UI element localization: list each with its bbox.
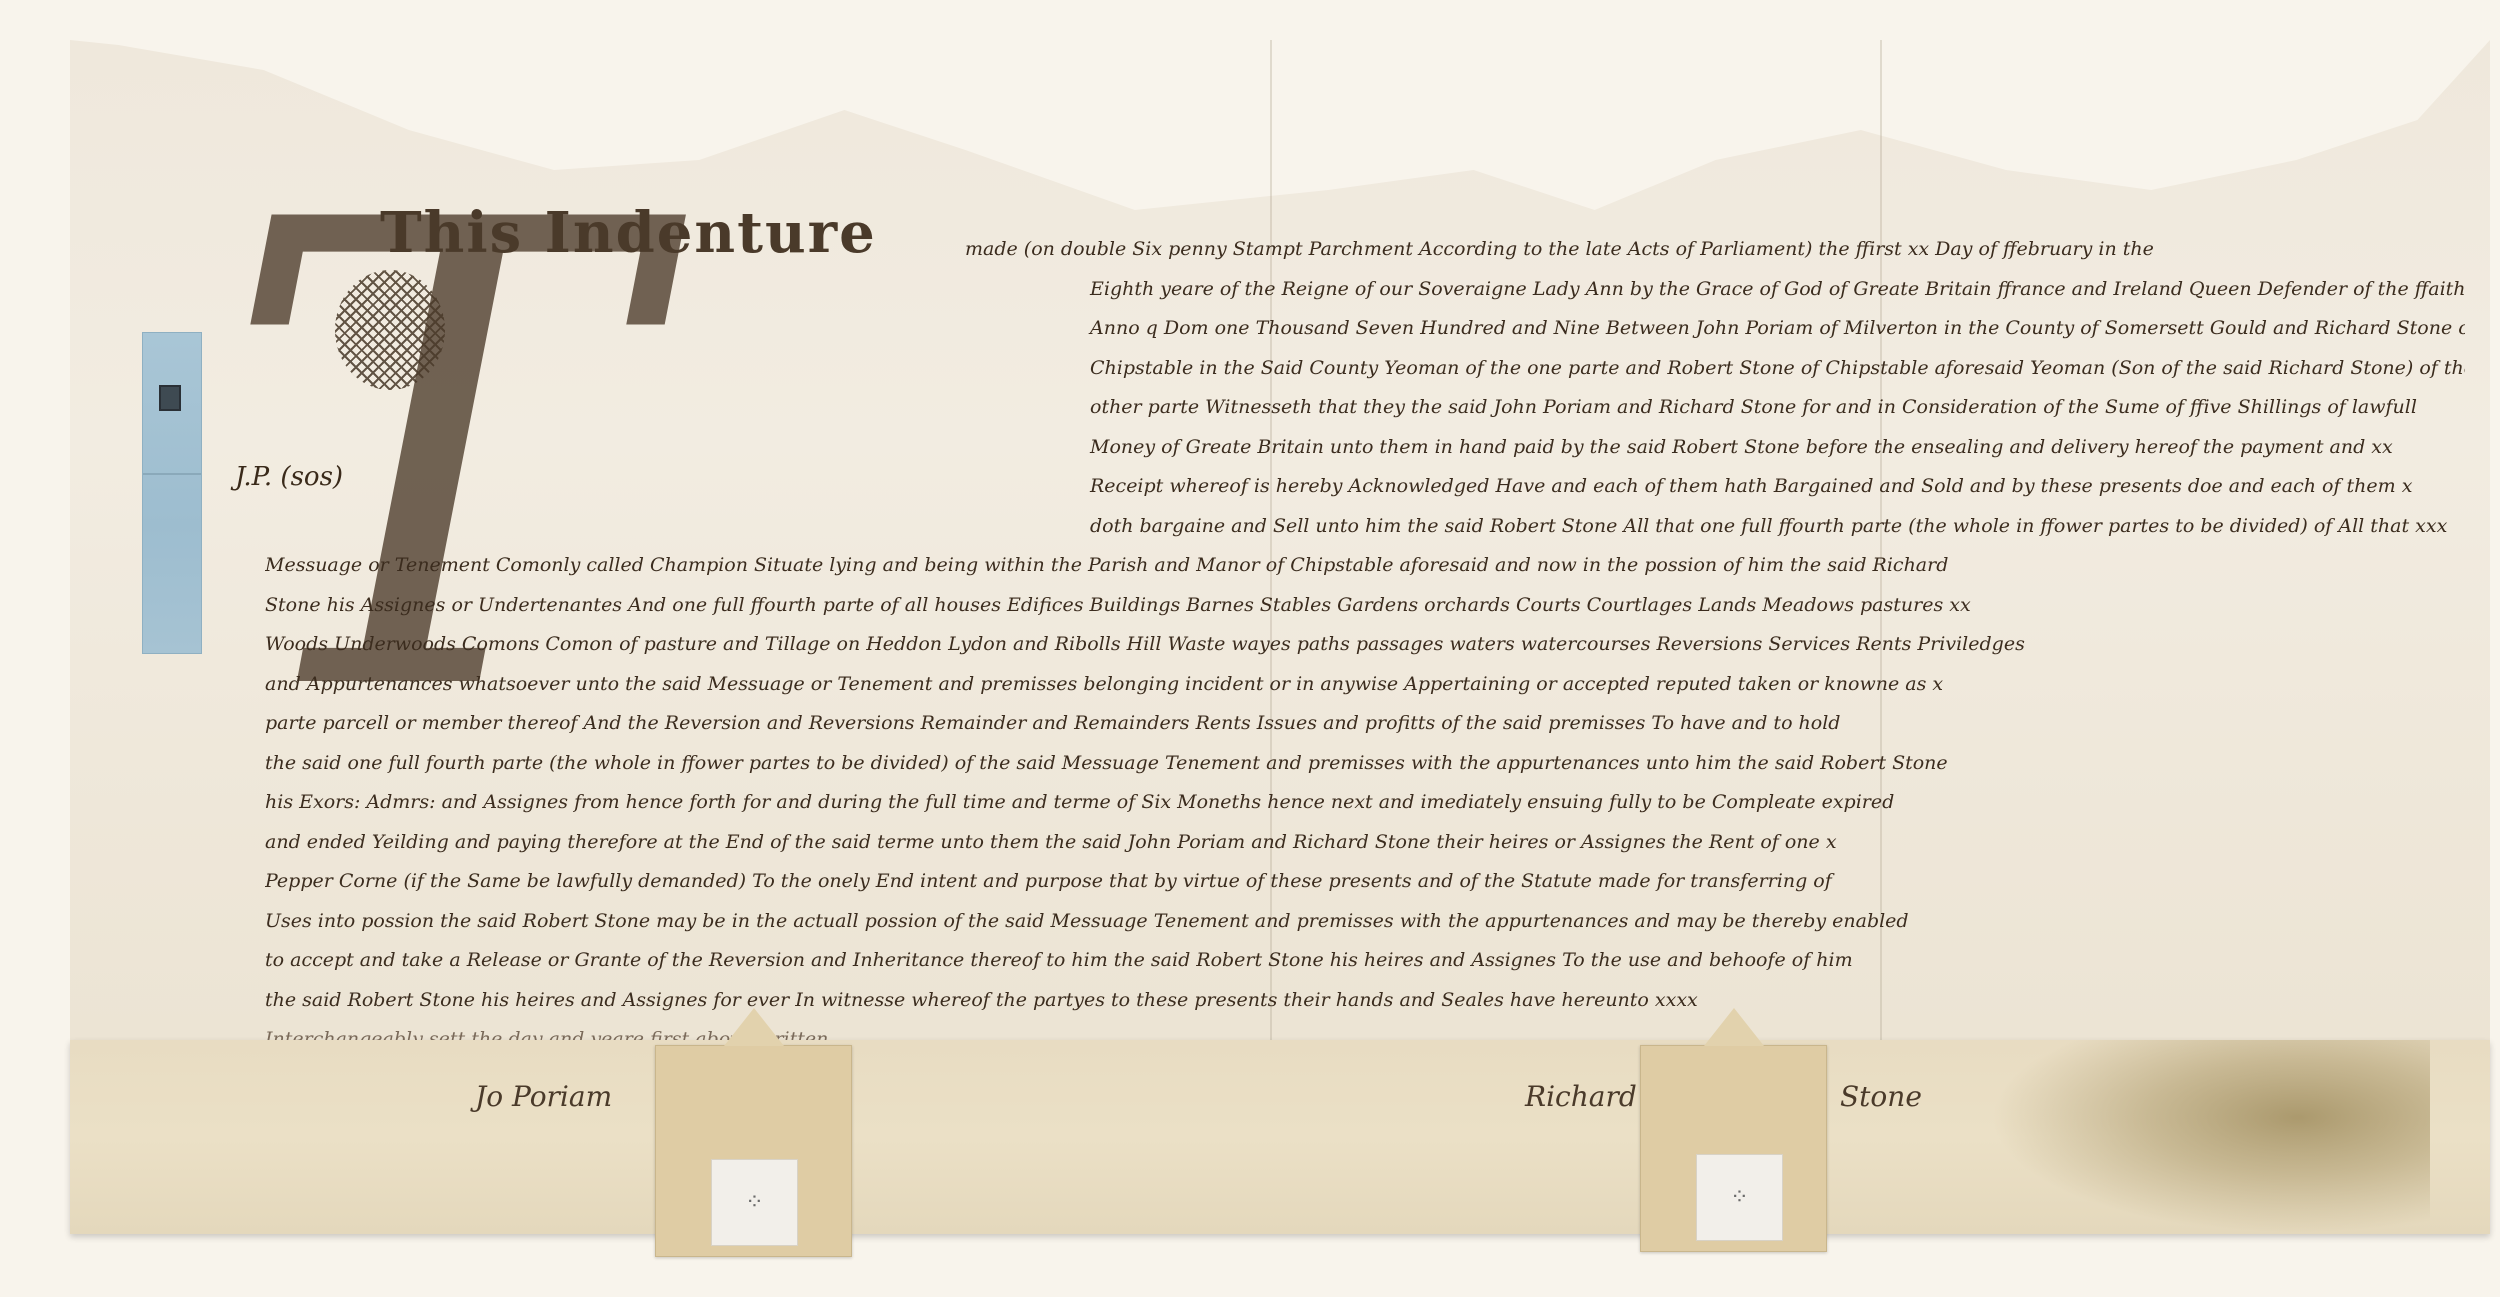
text-line: parte parcell or member thereof And the … bbox=[265, 704, 2465, 744]
text-line: made (on double Six penny Stampt Parchme… bbox=[265, 230, 2465, 270]
seal-tag-left: ⁘ bbox=[655, 1045, 852, 1257]
revenue-stamp bbox=[142, 332, 202, 654]
text-line: Anno q Dom one Thousand Seven Hundred an… bbox=[265, 309, 2465, 349]
text-line: other parte Witnesseth that they the sai… bbox=[265, 388, 2465, 428]
text-line: Eighth yeare of the Reigne of our Sovera… bbox=[265, 270, 2465, 310]
text-line: Woods Underwoods Comons Comon of pasture… bbox=[265, 625, 2465, 665]
text-line: Pepper Corne (if the Same be lawfully de… bbox=[265, 862, 2465, 902]
text-line: doth bargaine and Sell unto him the said… bbox=[265, 507, 2465, 547]
stamp-divider bbox=[143, 473, 201, 475]
seal-wafer-right: ⁘ bbox=[1696, 1154, 1783, 1241]
text-line: his Exors: Admrs: and Assignes from henc… bbox=[265, 783, 2465, 823]
text-line: Money of Greate Britain unto them in han… bbox=[265, 428, 2465, 468]
text-line: Messuage or Tenement Comonly called Cham… bbox=[265, 546, 2465, 586]
signature-stone: Stone bbox=[1840, 1080, 1922, 1113]
seal-tag-right: ⁘ bbox=[1640, 1045, 1827, 1252]
seal-wafer-left: ⁘ bbox=[711, 1159, 798, 1246]
text-line: the said Robert Stone his heires and Ass… bbox=[265, 981, 2465, 1021]
text-line: the said one full fourth parte (the whol… bbox=[265, 744, 2465, 784]
text-line: Receipt whereof is hereby Acknowledged H… bbox=[265, 467, 2465, 507]
text-line: and ended Yeilding and paying therefore … bbox=[265, 823, 2465, 863]
text-line: Uses into possion the said Robert Stone … bbox=[265, 902, 2465, 942]
text-line: to accept and take a Release or Grante o… bbox=[265, 941, 2465, 981]
turned-up-fold bbox=[70, 1040, 2490, 1234]
text-line: Stone his Assignes or Undertenantes And … bbox=[265, 586, 2465, 626]
signature-poriam: Jo Poriam bbox=[475, 1080, 612, 1113]
mould-stain bbox=[1990, 1040, 2430, 1234]
stamp-embossed-mark-icon bbox=[159, 385, 181, 411]
signature-richard: Richard bbox=[1525, 1080, 1637, 1113]
text-line: and Appurtenances whatsoever unto the sa… bbox=[265, 665, 2465, 705]
text-line: Chipstable in the Said County Yeoman of … bbox=[265, 349, 2465, 389]
indenture-body: made (on double Six penny Stampt Parchme… bbox=[265, 230, 2465, 1060]
